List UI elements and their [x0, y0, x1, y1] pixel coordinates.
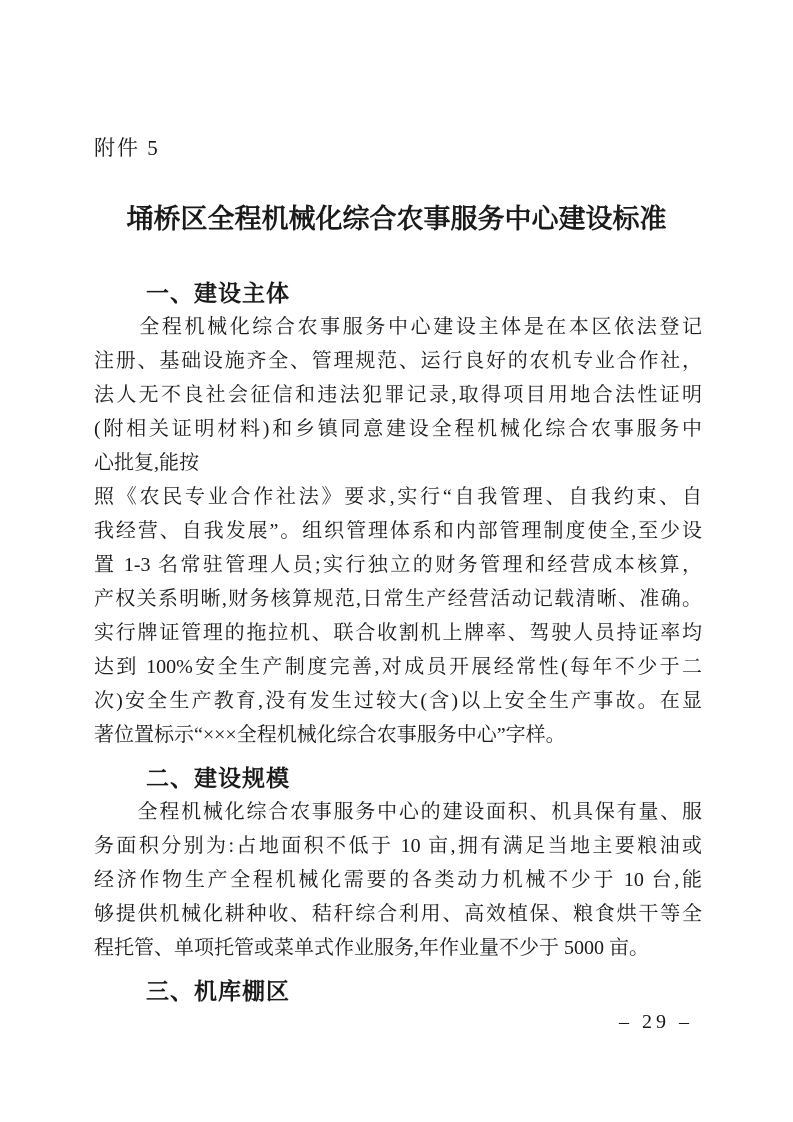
- body-line: 够提供机械化耕种收、秸秆综合利用、高效植保、粮食烘干等全: [94, 897, 702, 931]
- body-line: 实行牌证管理的拖拉机、联合收割机上牌率、驾驶人员持证率均: [94, 616, 702, 650]
- body-line: 程托管、单项托管或菜单式作业服务,年作业量不少于 5000 亩。: [94, 931, 702, 965]
- document-body: 一、建设主体 全程机械化综合农事服务中心建设主体是在本区依法登记注册、基础设施齐…: [94, 276, 702, 1008]
- body-line: 全程机械化综合农事服务中心建设主体是在本区依法登记: [94, 310, 702, 344]
- page-number: – 29 –: [619, 1011, 693, 1034]
- body-line: 次)安全生产教育,没有发生过较大(含)以上安全生产事故。在显: [94, 684, 702, 718]
- body-line: 心批复,能按: [94, 446, 702, 480]
- section-heading: 二、建设规模: [94, 761, 702, 795]
- body-line: (附相关证明材料)和乡镇同意建设全程机械化综合农事服务中: [94, 412, 702, 446]
- body-line: 全程机械化综合农事服务中心的建设面积、机具保有量、服: [94, 795, 702, 829]
- body-line: 达到 100%安全生产制度完善,对成员开展经常性(每年不少于二: [94, 650, 702, 684]
- body-line: 务面积分别为:占地面积不低于 10 亩,拥有满足当地主要粮油或: [94, 829, 702, 863]
- body-line: 著位置标示“×××全程机械化综合农事服务中心”字样。: [94, 718, 702, 752]
- body-line: 经济作物生产全程机械化需要的各类动力机械不少于 10 台,能: [94, 863, 702, 897]
- document-title: 埇桥区全程机械化综合农事服务中心建设标准: [0, 197, 793, 236]
- body-line: 照《农民专业合作社法》要求,实行“自我管理、自我约束、自: [94, 480, 702, 514]
- body-line: 注册、基础设施齐全、管理规范、运行良好的农机专业合作社，: [94, 344, 702, 378]
- body-line: 我经营、自我发展”。组织管理体系和内部管理制度使全,至少设: [94, 514, 702, 548]
- section-heading: 三、机库棚区: [94, 974, 702, 1008]
- body-line: 置 1-3 名常驻管理人员;实行独立的财务管理和经营成本核算，: [94, 548, 702, 582]
- body-line: 法人无不良社会征信和违法犯罪记录,取得项目用地合法性证明: [94, 378, 702, 412]
- section-heading: 一、建设主体: [94, 276, 702, 310]
- body-line: 产权关系明晰,财务核算规范,日常生产经营活动记载清晰、准确。: [94, 582, 702, 616]
- document-page: 附件 5 埇桥区全程机械化综合农事服务中心建设标准 一、建设主体 全程机械化综合…: [0, 0, 793, 1122]
- attachment-label: 附件 5: [94, 132, 160, 162]
